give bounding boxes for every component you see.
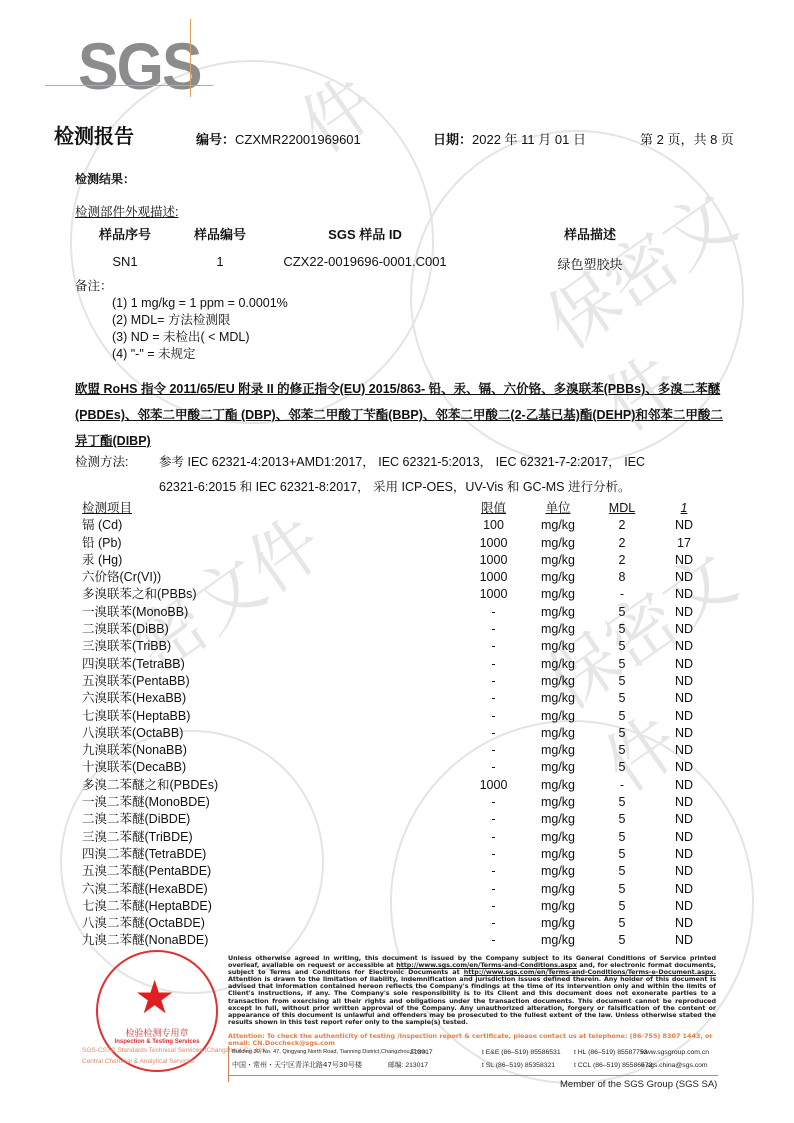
table-row: 四溴二苯醚(TetraBDE)-mg/kg5ND [82, 846, 722, 863]
table-row: 三溴二苯醚(TriBDE)-mg/kg5ND [82, 829, 722, 846]
cell-result: ND [662, 708, 706, 725]
table-row: 镉 (Cd)100mg/kg2ND [82, 517, 722, 534]
cell-mdl: 5 [602, 811, 642, 828]
table-row: 一溴联苯(MonoBB)-mg/kg5ND [82, 604, 722, 621]
watermark-text: 件 [277, 49, 392, 172]
postcodes: 213017 邮编: 213017 [410, 1046, 433, 1072]
table-row: 八溴二苯醚(OctaBDE)-mg/kg5ND [82, 915, 722, 932]
cell-mdl: 5 [602, 742, 642, 759]
table-row: 五溴联苯(PentaBB)-mg/kg5ND [82, 673, 722, 690]
phone-sl: t SL (86–519) 85358321 [482, 1059, 561, 1072]
cell-mdl: 2 [602, 517, 642, 534]
cell-result: ND [662, 673, 706, 690]
cell-unit: mg/kg [528, 569, 588, 586]
cell-mdl: 5 [602, 638, 642, 655]
cell-unit: mg/kg [528, 552, 588, 569]
table-row: 二溴二苯醚(DiBDE)-mg/kg5ND [82, 811, 722, 828]
cell-test-item: 五溴二苯醚(PentaBDE) [82, 863, 211, 880]
test-method-line1: 参考 IEC 62321-4:2013+AMD1:2017， IEC 62321… [159, 450, 719, 475]
cell-test-item: 九溴二苯醚(NonaBDE) [82, 932, 208, 949]
cell-limit: - [466, 881, 521, 898]
cell-unit: mg/kg [528, 638, 588, 655]
cell-limit: - [466, 811, 521, 828]
page-info: 第 2 页，共 8 页 [640, 129, 734, 148]
regulation-title: 欧盟 RoHS 指令 2011/65/EU 附录 II 的修正指令(EU) 20… [75, 376, 725, 454]
cell-test-item: 二溴二苯醚(DiBDE) [82, 811, 190, 828]
phones-col1: t E&E (86–519) 85586531 t SL (86–519) 85… [482, 1046, 561, 1072]
cell-test-item: 一溴联苯(MonoBB) [82, 604, 188, 621]
table-row: 八溴联苯(OctaBB)-mg/kg5ND [82, 725, 722, 742]
website-link[interactable]: www.sgsgroup.com.cn [641, 1046, 709, 1059]
cell-test-item: 三溴二苯醚(TriBDE) [82, 829, 193, 846]
cell-limit: 1000 [466, 552, 521, 569]
cell-mdl: 5 [602, 604, 642, 621]
cell-test-item: 四溴联苯(TetraBB) [82, 656, 185, 673]
cell-limit: 1000 [466, 586, 521, 603]
cell-unit: mg/kg [528, 915, 588, 932]
sample-table: 样品序号 样品编号 SGS 样品 ID 样品描述 SN1 1 CZX22-001… [80, 224, 680, 280]
cell-mdl: 2 [602, 552, 642, 569]
cell-limit: 100 [466, 517, 521, 534]
cell-mdl: 5 [602, 863, 642, 880]
results-table-header: 检测项目 限值 单位 MDL 1 [82, 500, 722, 517]
cell-unit: mg/kg [528, 535, 588, 552]
postcode-cn-label: 邮编: [388, 1062, 403, 1069]
header-mdl: MDL [602, 500, 642, 517]
report-number: 编号：CZXMR22001969601 [196, 129, 361, 148]
cell-limit: - [466, 829, 521, 846]
table-row: 一溴二苯醚(MonoBDE)-mg/kg5ND [82, 794, 722, 811]
cell-mdl: 5 [602, 829, 642, 846]
cell-mdl: - [602, 777, 642, 794]
results-table: 检测项目 限值 单位 MDL 1 镉 (Cd)100mg/kg2ND铅 (Pb)… [82, 500, 722, 950]
cell-test-item: 铅 (Pb) [82, 535, 122, 552]
cell-limit: - [466, 621, 521, 638]
cell-unit: mg/kg [528, 656, 588, 673]
cell-limit: - [466, 863, 521, 880]
email-link[interactable]: e sgs.china@sgs.com [641, 1059, 709, 1072]
header-sample-1: 1 [662, 500, 706, 517]
cell-unit: mg/kg [528, 586, 588, 603]
stamp-text-cn: 检验检测专用章 [98, 1026, 216, 1039]
cell-result: ND [662, 621, 706, 638]
cell-test-item: 六溴联苯(HexaBB) [82, 690, 186, 707]
cell-limit: - [466, 604, 521, 621]
cell-limit: 1000 [466, 569, 521, 586]
table-row: 九溴二苯醚(NonaBDE)-mg/kg5ND [82, 932, 722, 949]
table-row: 九溴联苯(NonaBB)-mg/kg5ND [82, 742, 722, 759]
cell-limit: - [466, 673, 521, 690]
cell-test-item: 八溴联苯(OctaBB) [82, 725, 183, 742]
cell-result: ND [662, 569, 706, 586]
cell-test-item: 七溴联苯(HeptaBB) [82, 708, 190, 725]
cell-result: ND [662, 898, 706, 915]
cell-result: ND [662, 811, 706, 828]
report-title: 检测报告 [54, 120, 134, 149]
cell-unit: mg/kg [528, 881, 588, 898]
phone-ee: t E&E (86–519) 85586531 [482, 1046, 561, 1059]
cell-test-item: 一溴二苯醚(MonoBDE) [82, 794, 210, 811]
table-row: 七溴联苯(HeptaBB)-mg/kg5ND [82, 708, 722, 725]
report-date: 日期：2022 年 11 月 01 日 [433, 129, 586, 148]
cell-mdl: 5 [602, 898, 642, 915]
legal-text: Attention is drawn to the limitation of … [228, 975, 716, 1026]
cell-limit: - [466, 846, 521, 863]
table-row: 四溴联苯(TetraBB)-mg/kg5ND [82, 656, 722, 673]
sample-cell: SN1 [80, 254, 170, 269]
cell-test-item: 七溴二苯醚(HeptaBDE) [82, 898, 212, 915]
postcode-cn: 邮编: 213017 [410, 1059, 433, 1072]
sample-cell: 绿色塑胶块 [540, 254, 640, 273]
logo-accent-line [45, 85, 213, 86]
table-row: 七溴二苯醚(HeptaBDE)-mg/kg5ND [82, 898, 722, 915]
cell-limit: - [466, 932, 521, 949]
sample-header-cell: SGS 样品 ID [270, 224, 460, 243]
cell-result: ND [662, 742, 706, 759]
cell-test-item: 多溴联苯之和(PBBs) [82, 586, 197, 603]
cell-result: ND [662, 552, 706, 569]
cell-limit: 1000 [466, 535, 521, 552]
sample-cell: 1 [175, 254, 265, 269]
sample-header-cell: 样品编号 [175, 224, 265, 243]
logo-accent-line [190, 19, 191, 97]
cell-limit: - [466, 742, 521, 759]
note-item: (3) ND = 未检出( < MDL) [75, 329, 288, 346]
cell-result: ND [662, 846, 706, 863]
cell-mdl: 8 [602, 569, 642, 586]
cell-test-item: 十溴联苯(DecaBB) [82, 759, 186, 776]
cell-result: ND [662, 863, 706, 880]
cell-result: ND [662, 638, 706, 655]
cell-result: ND [662, 759, 706, 776]
table-row: 多溴二苯醚之和(PBDEs)1000mg/kg-ND [82, 777, 722, 794]
cell-limit: - [466, 759, 521, 776]
cell-result: ND [662, 794, 706, 811]
cell-result: ND [662, 690, 706, 707]
cell-unit: mg/kg [528, 932, 588, 949]
cell-test-item: 镉 (Cd) [82, 517, 122, 534]
cell-limit: - [466, 638, 521, 655]
cell-mdl: 5 [602, 846, 642, 863]
cell-result: ND [662, 517, 706, 534]
report-number-label: 编号： [196, 132, 235, 147]
note-item: (2) MDL= 方法检测限 [75, 312, 288, 329]
cell-unit: mg/kg [528, 846, 588, 863]
cell-result: ND [662, 915, 706, 932]
cell-result: ND [662, 656, 706, 673]
cell-test-item: 三溴联苯(TriBB) [82, 638, 171, 655]
test-method-label: 检测方法: [75, 450, 128, 475]
table-row: 六溴二苯醚(HexaBDE)-mg/kg5ND [82, 881, 722, 898]
notes: 备注： (1) 1 mg/kg = 1 ppm = 0.0001% (2) MD… [75, 278, 288, 363]
cell-mdl: 5 [602, 690, 642, 707]
cell-limit: 1000 [466, 777, 521, 794]
cell-mdl: - [602, 586, 642, 603]
header-unit: 单位 [528, 500, 588, 517]
cell-mdl: 5 [602, 915, 642, 932]
table-row: 十溴联苯(DecaBB)-mg/kg5ND [82, 759, 722, 776]
cell-test-item: 汞 (Hg) [82, 552, 122, 569]
table-row: 六价铬(Cr(VI))1000mg/kg8ND [82, 569, 722, 586]
sample-cell: CZX22-0019696-0001.C001 [270, 254, 460, 269]
report-date-value: 2022 年 11 月 01 日 [472, 132, 586, 147]
cell-test-item: 八溴二苯醚(OctaBDE) [82, 915, 205, 932]
notes-label: 备注： [75, 278, 288, 295]
postcode-en: 213017 [410, 1046, 433, 1059]
authenticity-notice: Attention: To check the authenticity of … [228, 1033, 718, 1047]
cell-limit: - [466, 915, 521, 932]
address-en: Building 30, No. 47, Qingyang North Road… [232, 1046, 426, 1059]
cell-test-item: 多溴二苯醚之和(PBDEs) [82, 777, 218, 794]
cell-result: ND [662, 881, 706, 898]
cell-result: 17 [662, 535, 706, 552]
report-number-value: CZXMR22001969601 [235, 132, 361, 147]
footer-divider [228, 1075, 718, 1076]
cell-mdl: 5 [602, 725, 642, 742]
cell-limit: - [466, 898, 521, 915]
cell-unit: mg/kg [528, 829, 588, 846]
results-heading: 检测结果： [75, 170, 135, 187]
cell-mdl: 5 [602, 621, 642, 638]
cell-mdl: 5 [602, 708, 642, 725]
header-test-item: 检测项目 [82, 500, 132, 517]
footer-divider-tick [228, 1068, 229, 1082]
cell-mdl: 5 [602, 932, 642, 949]
cell-mdl: 5 [602, 673, 642, 690]
cell-limit: - [466, 690, 521, 707]
cell-mdl: 5 [602, 759, 642, 776]
cell-result: ND [662, 829, 706, 846]
cell-unit: mg/kg [528, 604, 588, 621]
member-statement: Member of the SGS Group (SGS SA) [560, 1079, 717, 1090]
report-date-label: 日期： [433, 132, 472, 147]
sample-table-header: 样品序号 样品编号 SGS 样品 ID 样品描述 [80, 224, 680, 250]
cell-unit: mg/kg [528, 517, 588, 534]
cell-mdl: 5 [602, 656, 642, 673]
table-row: 五溴二苯醚(PentaBDE)-mg/kg5ND [82, 863, 722, 880]
note-item: (1) 1 mg/kg = 1 ppm = 0.0001% [75, 295, 288, 312]
cell-test-item: 九溴联苯(NonaBB) [82, 742, 187, 759]
contact-web: www.sgsgroup.com.cn e sgs.china@sgs.com [641, 1046, 709, 1072]
cell-unit: mg/kg [528, 690, 588, 707]
cell-mdl: 5 [602, 794, 642, 811]
cell-unit: mg/kg [528, 621, 588, 638]
results-table-body: 镉 (Cd)100mg/kg2ND铅 (Pb)1000mg/kg217汞 (Hg… [82, 517, 722, 949]
cell-unit: mg/kg [528, 863, 588, 880]
table-row: 六溴联苯(HexaBB)-mg/kg5ND [82, 690, 722, 707]
cell-test-item: 二溴联苯(DiBB) [82, 621, 169, 638]
cell-result: ND [662, 725, 706, 742]
test-method-line2: 62321-6:2015 和 IEC 62321-8:2017， 采用 ICP-… [159, 475, 630, 500]
sample-table-row: SN1 1 CZX22-0019696-0001.C001 绿色塑胶块 [80, 254, 680, 280]
cell-mdl: 2 [602, 535, 642, 552]
cell-unit: mg/kg [528, 777, 588, 794]
note-item: (4) "-" = 未规定 [75, 346, 288, 363]
header-limit: 限值 [466, 500, 521, 517]
cell-test-item: 六价铬(Cr(VI)) [82, 569, 161, 586]
cell-unit: mg/kg [528, 794, 588, 811]
cell-limit: - [466, 725, 521, 742]
cell-test-item: 六溴二苯醚(HexaBDE) [82, 881, 208, 898]
cell-result: ND [662, 586, 706, 603]
table-row: 多溴联苯之和(PBBs)1000mg/kg-ND [82, 586, 722, 603]
table-row: 二溴联苯(DiBB)-mg/kg5ND [82, 621, 722, 638]
sample-header-cell: 样品序号 [80, 224, 170, 243]
cell-limit: - [466, 708, 521, 725]
table-row: 铅 (Pb)1000mg/kg217 [82, 535, 722, 552]
table-row: 汞 (Hg)1000mg/kg2ND [82, 552, 722, 569]
cell-unit: mg/kg [528, 673, 588, 690]
cell-unit: mg/kg [528, 811, 588, 828]
cell-unit: mg/kg [528, 725, 588, 742]
cell-mdl: 5 [602, 881, 642, 898]
cell-unit: mg/kg [528, 708, 588, 725]
cell-unit: mg/kg [528, 898, 588, 915]
cell-limit: - [466, 656, 521, 673]
cell-test-item: 五溴联苯(PentaBB) [82, 673, 190, 690]
cell-result: ND [662, 604, 706, 621]
star-icon: ★ [134, 974, 175, 1020]
cell-result: ND [662, 932, 706, 949]
sgs-logo: SGS [78, 28, 201, 104]
cell-unit: mg/kg [528, 742, 588, 759]
postcode-cn-value: 213017 [405, 1062, 428, 1069]
appearance-label: 检测部件外观描述: [75, 202, 178, 220]
legal-disclaimer: Unless otherwise agreed in writing, this… [228, 955, 716, 1026]
cell-test-item: 四溴二苯醚(TetraBDE) [82, 846, 206, 863]
cell-result: ND [662, 777, 706, 794]
table-row: 三溴联苯(TriBB)-mg/kg5ND [82, 638, 722, 655]
sample-header-cell: 样品描述 [540, 224, 640, 243]
cell-unit: mg/kg [528, 759, 588, 776]
cell-limit: - [466, 794, 521, 811]
